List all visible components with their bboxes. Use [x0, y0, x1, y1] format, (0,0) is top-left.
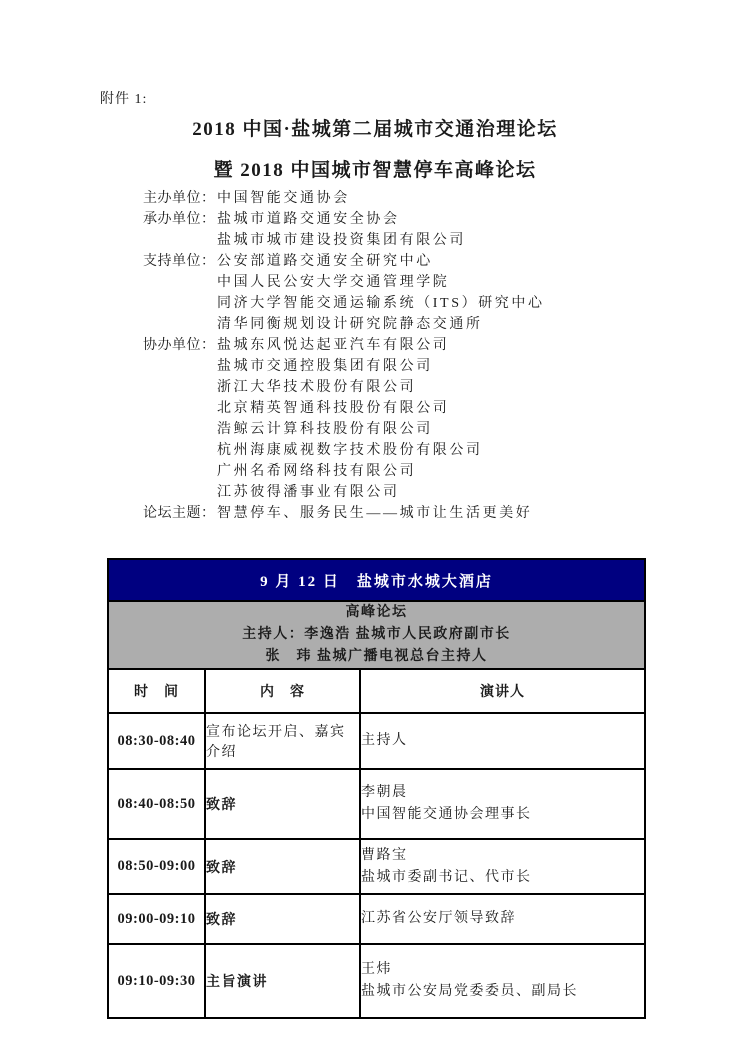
cell-speaker: 江苏省公安厅领导致辞	[360, 894, 645, 944]
info-row-supporter: 支持单位： 公安部道路交通安全研究中心	[143, 251, 663, 272]
cell-speaker: 李朝晨 中国智能交通协会理事长	[360, 769, 645, 839]
info-value: 中国智能交通协会	[217, 188, 350, 209]
info-label: 承办单位：	[143, 209, 217, 230]
document-title-line1: 2018 中国·盐城第二届城市交通治理论坛	[0, 114, 750, 141]
column-header-speaker: 演讲人	[360, 669, 645, 713]
cell-time: 09:00-09:10	[108, 894, 205, 944]
speaker-line1: 李朝晨	[361, 782, 644, 804]
info-row-coorganizer-cont: 杭州海康威视数字技术股份有限公司	[143, 440, 663, 461]
cell-content: 宣布论坛开启、嘉宾介绍	[205, 713, 360, 769]
info-label	[143, 440, 217, 461]
speaker-line2: 盐城市委副书记、代市长	[361, 867, 644, 889]
info-label	[143, 230, 217, 251]
info-row-coorganizer-cont: 广州名希网络科技有限公司	[143, 461, 663, 482]
info-row-supporter-cont: 清华同衡规划设计研究院静态交通所	[143, 314, 663, 335]
speaker-line1: 王炜	[361, 959, 644, 981]
info-value: 智慧停车、服务民生——城市让生活更美好	[217, 503, 532, 524]
info-row-theme: 论坛主题： 智慧停车、服务民生——城市让生活更美好	[143, 503, 663, 524]
cell-time: 08:30-08:40	[108, 713, 205, 769]
cell-speaker: 主持人	[360, 713, 645, 769]
table-session-row: 高峰论坛 主持人：李逸浩 盐城市人民政府副市长 张 玮 盐城广播电视总台主持人	[108, 601, 645, 669]
speaker-line1: 曹路宝	[361, 845, 644, 867]
info-value: 盐城市道路交通安全协会	[217, 209, 400, 230]
table-row: 08:30-08:40 宣布论坛开启、嘉宾介绍 主持人	[108, 713, 645, 769]
info-label	[143, 293, 217, 314]
info-value: 盐城市交通控股集团有限公司	[217, 356, 433, 377]
info-value: 江苏彼得潘事业有限公司	[217, 482, 400, 503]
cell-time: 09:10-09:30	[108, 944, 205, 1018]
info-row-coorganizer-cont: 北京精英智通科技股份有限公司	[143, 398, 663, 419]
info-value: 北京精英智通科技股份有限公司	[217, 398, 449, 419]
info-value: 中国人民公安大学交通管理学院	[217, 272, 449, 293]
info-value: 清华同衡规划设计研究院静态交通所	[217, 314, 483, 335]
session-title: 高峰论坛	[109, 602, 644, 624]
cell-speaker: 曹路宝 盐城市委副书记、代市长	[360, 839, 645, 894]
info-label: 支持单位：	[143, 251, 217, 272]
cell-speaker: 王炜 盐城市公安局党委委员、副局长	[360, 944, 645, 1018]
info-label: 论坛主题：	[143, 503, 217, 524]
info-row-organizer-cont: 盐城市城市建设投资集团有限公司	[143, 230, 663, 251]
session-host-line2: 张 玮 盐城广播电视总台主持人	[109, 646, 644, 668]
speaker-line1: 主持人	[361, 730, 644, 752]
table-row: 09:00-09:10 致辞 江苏省公安厅领导致辞	[108, 894, 645, 944]
table-row: 09:10-09:30 主旨演讲 王炜 盐城市公安局党委委员、副局长	[108, 944, 645, 1018]
info-row-organizer: 承办单位： 盐城市道路交通安全协会	[143, 209, 663, 230]
info-label	[143, 314, 217, 335]
agenda-table: 9 月 12 日 盐城市水城大酒店 高峰论坛 主持人：李逸浩 盐城市人民政府副市…	[107, 558, 646, 1019]
info-value: 广州名希网络科技有限公司	[217, 461, 416, 482]
cell-content: 致辞	[205, 769, 360, 839]
info-row-coorganizer-cont: 浩鲸云计算科技股份有限公司	[143, 419, 663, 440]
info-label	[143, 482, 217, 503]
cell-content: 主旨演讲	[205, 944, 360, 1018]
speaker-line2: 盐城市公安局党委委员、副局长	[361, 981, 644, 1003]
table-row: 08:50-09:00 致辞 曹路宝 盐城市委副书记、代市长	[108, 839, 645, 894]
info-row-coorganizer-cont: 浙江大华技术股份有限公司	[143, 377, 663, 398]
info-value: 盐城市城市建设投资集团有限公司	[217, 230, 466, 251]
info-value: 公安部道路交通安全研究中心	[217, 251, 433, 272]
info-label: 主办单位：	[143, 188, 217, 209]
date-venue-header: 9 月 12 日 盐城市水城大酒店	[108, 559, 645, 601]
info-label	[143, 398, 217, 419]
cell-content: 致辞	[205, 894, 360, 944]
table-header-row: 时 间 内 容 演讲人	[108, 669, 645, 713]
cell-content: 致辞	[205, 839, 360, 894]
info-label	[143, 419, 217, 440]
session-host-line1: 主持人：李逸浩 盐城市人民政府副市长	[109, 624, 644, 646]
info-row-coorganizer-cont: 盐城市交通控股集团有限公司	[143, 356, 663, 377]
info-row-coorganizer-cont: 江苏彼得潘事业有限公司	[143, 482, 663, 503]
info-value: 盐城东风悦达起亚汽车有限公司	[217, 335, 449, 356]
document-page: 附件 1: 2018 中国·盐城第二届城市交通治理论坛 暨 2018 中国城市智…	[0, 0, 750, 1060]
info-row-supporter-cont: 中国人民公安大学交通管理学院	[143, 272, 663, 293]
info-label	[143, 356, 217, 377]
attachment-label: 附件 1:	[100, 88, 147, 108]
cell-time: 08:50-09:00	[108, 839, 205, 894]
session-header-cell: 高峰论坛 主持人：李逸浩 盐城市人民政府副市长 张 玮 盐城广播电视总台主持人	[108, 601, 645, 669]
info-label: 协办单位：	[143, 335, 217, 356]
table-row: 08:40-08:50 致辞 李朝晨 中国智能交通协会理事长	[108, 769, 645, 839]
table-date-row: 9 月 12 日 盐城市水城大酒店	[108, 559, 645, 601]
info-row-host: 主办单位： 中国智能交通协会	[143, 188, 663, 209]
column-header-time: 时 间	[108, 669, 205, 713]
info-value: 浙江大华技术股份有限公司	[217, 377, 416, 398]
info-value: 浩鲸云计算科技股份有限公司	[217, 419, 433, 440]
info-row-supporter-cont: 同济大学智能交通运输系统（ITS）研究中心	[143, 293, 663, 314]
organizer-info-list: 主办单位： 中国智能交通协会 承办单位： 盐城市道路交通安全协会 盐城市城市建设…	[143, 188, 663, 524]
cell-time: 08:40-08:50	[108, 769, 205, 839]
info-value: 杭州海康威视数字技术股份有限公司	[217, 440, 483, 461]
info-label	[143, 272, 217, 293]
speaker-line1: 江苏省公安厅领导致辞	[361, 908, 644, 930]
info-row-coorganizer: 协办单位： 盐城东风悦达起亚汽车有限公司	[143, 335, 663, 356]
column-header-content: 内 容	[205, 669, 360, 713]
info-label	[143, 461, 217, 482]
info-value: 同济大学智能交通运输系统（ITS）研究中心	[217, 293, 545, 314]
speaker-line2: 中国智能交通协会理事长	[361, 804, 644, 826]
info-label	[143, 377, 217, 398]
document-title-line2: 暨 2018 中国城市智慧停车高峰论坛	[0, 155, 750, 182]
